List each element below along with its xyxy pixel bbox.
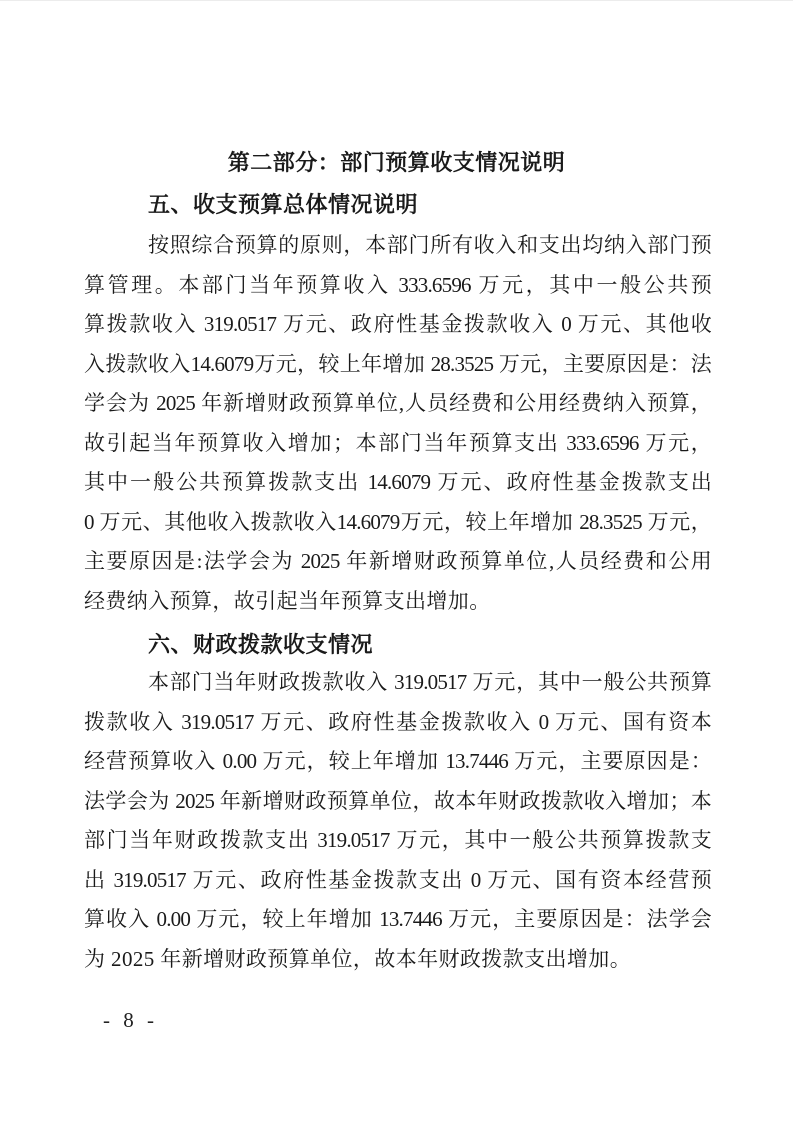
text-line: 为 2025 年新增财政预算单位，故本年财政拨款支出增加。	[84, 940, 711, 980]
text-line: 0 万元、其他收入拨款收入14.6079万元，较上年增加 28.3525 万元，	[84, 503, 711, 543]
heading-budget-overview: 五、收支预算总体情况说明	[148, 193, 418, 217]
text-line: 部门当年财政拨款支出 319.0517 万元，其中一般公共预算拨款支	[84, 821, 711, 861]
text-line: 算收入 0.00 万元，较上年增加 13.7446 万元，主要原因是：法学会	[84, 900, 711, 940]
document-title: 第二部分：部门预算收支情况说明	[0, 151, 793, 175]
text-line: 主要原因是:法学会为 2025 年新增财政预算单位,人员经费和公用	[84, 542, 711, 582]
text-line: 学会为 2025 年新增财政预算单位,人员经费和公用经费纳入预算，	[84, 384, 711, 424]
heading-fiscal-appropriation: 六、财政拨款收支情况	[148, 633, 373, 657]
text-line: 算拨款收入 319.0517 万元、政府性基金拨款收入 0 万元、其他收	[84, 305, 711, 345]
text-line: 经费纳入预算，故引起当年预算支出增加。	[84, 582, 711, 622]
text-line: 入拨款收入14.6079万元，较上年增加 28.3525 万元，主要原因是：法	[84, 345, 711, 385]
document-page: 第二部分：部门预算收支情况说明 五、收支预算总体情况说明 按照综合预算的原则，本…	[0, 0, 793, 1122]
text-line: 本部门当年财政拨款收入 319.0517 万元，其中一般公共预算	[84, 663, 711, 703]
paragraph-fiscal-appropriation: 本部门当年财政拨款收入 319.0517 万元，其中一般公共预算 拨款收入 31…	[84, 663, 711, 979]
text-line: 出 319.0517 万元、政府性基金拨款支出 0 万元、国有资本经营预	[84, 861, 711, 901]
text-line: 算管理。本部门当年预算收入 333.6596 万元，其中一般公共预	[84, 266, 711, 306]
page-number: - 8 -	[103, 1008, 158, 1032]
text-line: 故引起当年预算收入增加；本部门当年预算支出 333.6596 万元，	[84, 424, 711, 464]
text-line: 拨款收入 319.0517 万元、政府性基金拨款收入 0 万元、国有资本	[84, 703, 711, 743]
text-line: 按照综合预算的原则，本部门所有收入和支出均纳入部门预	[84, 226, 711, 266]
text-line: 其中一般公共预算拨款支出 14.6079 万元、政府性基金拨款支出	[84, 463, 711, 503]
text-line: 经营预算收入 0.00 万元，较上年增加 13.7446 万元，主要原因是：	[84, 742, 711, 782]
text-line: 法学会为 2025 年新增财政预算单位，故本年财政拨款收入增加；本	[84, 782, 711, 822]
paragraph-budget-overview: 按照综合预算的原则，本部门所有收入和支出均纳入部门预 算管理。本部门当年预算收入…	[84, 226, 711, 621]
